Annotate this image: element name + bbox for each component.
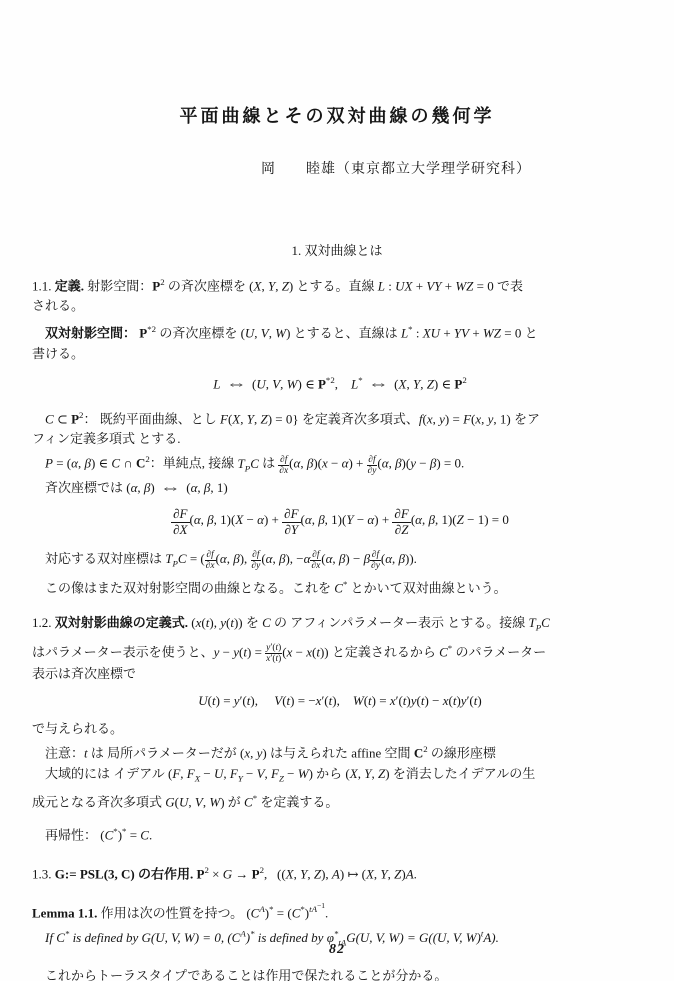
body-line: 書ける。: [32, 344, 648, 364]
body-line: 再帰性： (C*)* = C.: [32, 821, 648, 845]
body-line: 対応する双対座標は TPC = (∂f∂x(α, β), ∂f∂y(α, β),…: [32, 549, 648, 574]
body-line: この像はまた双対射影空間の曲線となる。これを C* とかいて双対曲線という。: [32, 574, 648, 598]
body-line: 斉次座標では (α, β) ⇔ (α, β, 1): [32, 478, 648, 498]
body-line: 表示は斉次座標で: [32, 664, 648, 684]
body-line: C ⊂ P2： 既約平面曲線、とし F(X, Y, Z) = 0} を定義斉次多…: [32, 405, 648, 429]
body-line: 双対射影空間： P*2 の斉次座標を (U, V, W) とすると、直線は L*…: [32, 319, 648, 343]
body-line: 注意：t は 局所パラメーターだが (x, y) は与えられた affine 空…: [32, 739, 648, 763]
section-heading: 1. 双対曲線とは: [0, 240, 674, 259]
body-line: 成元となる斉次多項式 G(U, V, W) が C* を定義する。: [32, 788, 648, 812]
lemma-line: Lemma 1.1. 作用は次の性質を持つ。 (CA)* = (C*)tA−1.: [32, 896, 648, 923]
body-line: 大域的には イデアル (F, FX − U, FY − V, FZ − W) か…: [32, 764, 648, 789]
paper-body: 1.1. 定義. 射影空間：P2 の斉次座標を (X, Y, Z) とする。直線…: [0, 272, 674, 981]
body-line: される。: [32, 296, 648, 316]
paper-page: 平面曲線とその双対曲線の幾何学 岡 睦雄（東京都立大学理学研究科） 1. 双対曲…: [0, 0, 674, 981]
display-equation: ∂F∂X(α, β, 1)(X − α) + ∂F∂Y(α, β, 1)(Y −…: [32, 507, 648, 538]
paper-title: 平面曲線とその双対曲線の幾何学: [0, 102, 674, 128]
body-line: フィン定義多項式 とする.: [32, 429, 648, 449]
body-line: 1.3. G:= PSL(3, C) の右作用. P2 × G → P2, ((…: [32, 860, 648, 884]
author-line: 岡 睦雄（東京都立大学理学研究科）: [0, 158, 674, 178]
body-line: はパラメーター表示を使うと、y − y(t) = y′(t)x′(t)(x − …: [32, 638, 648, 665]
body-line: P = (α, β) ∈ C ∩ C2：単純点, 接線 TPC は ∂f∂x(α…: [32, 449, 648, 478]
body-line: これからトーラスタイプであることは作用で保たれることが分かる。: [32, 966, 648, 981]
display-equation: U(t) = y′(t), V(t) = −x′(t), W(t) = x′(t…: [32, 693, 648, 709]
page-number: 82: [0, 942, 674, 958]
body-line: で与えられる。: [32, 719, 648, 739]
display-equation: L ⇔ (U, V, W) ∈ P*2, L* ⇔ (X, Y, Z) ∈ P2: [32, 375, 648, 392]
body-line: 1.2. 双対射影曲線の定義式. (x(t), y(t)) を C の アフィン…: [32, 613, 648, 638]
body-line: 1.1. 定義. 射影空間：P2 の斉次座標を (X, Y, Z) とする。直線…: [32, 272, 648, 296]
